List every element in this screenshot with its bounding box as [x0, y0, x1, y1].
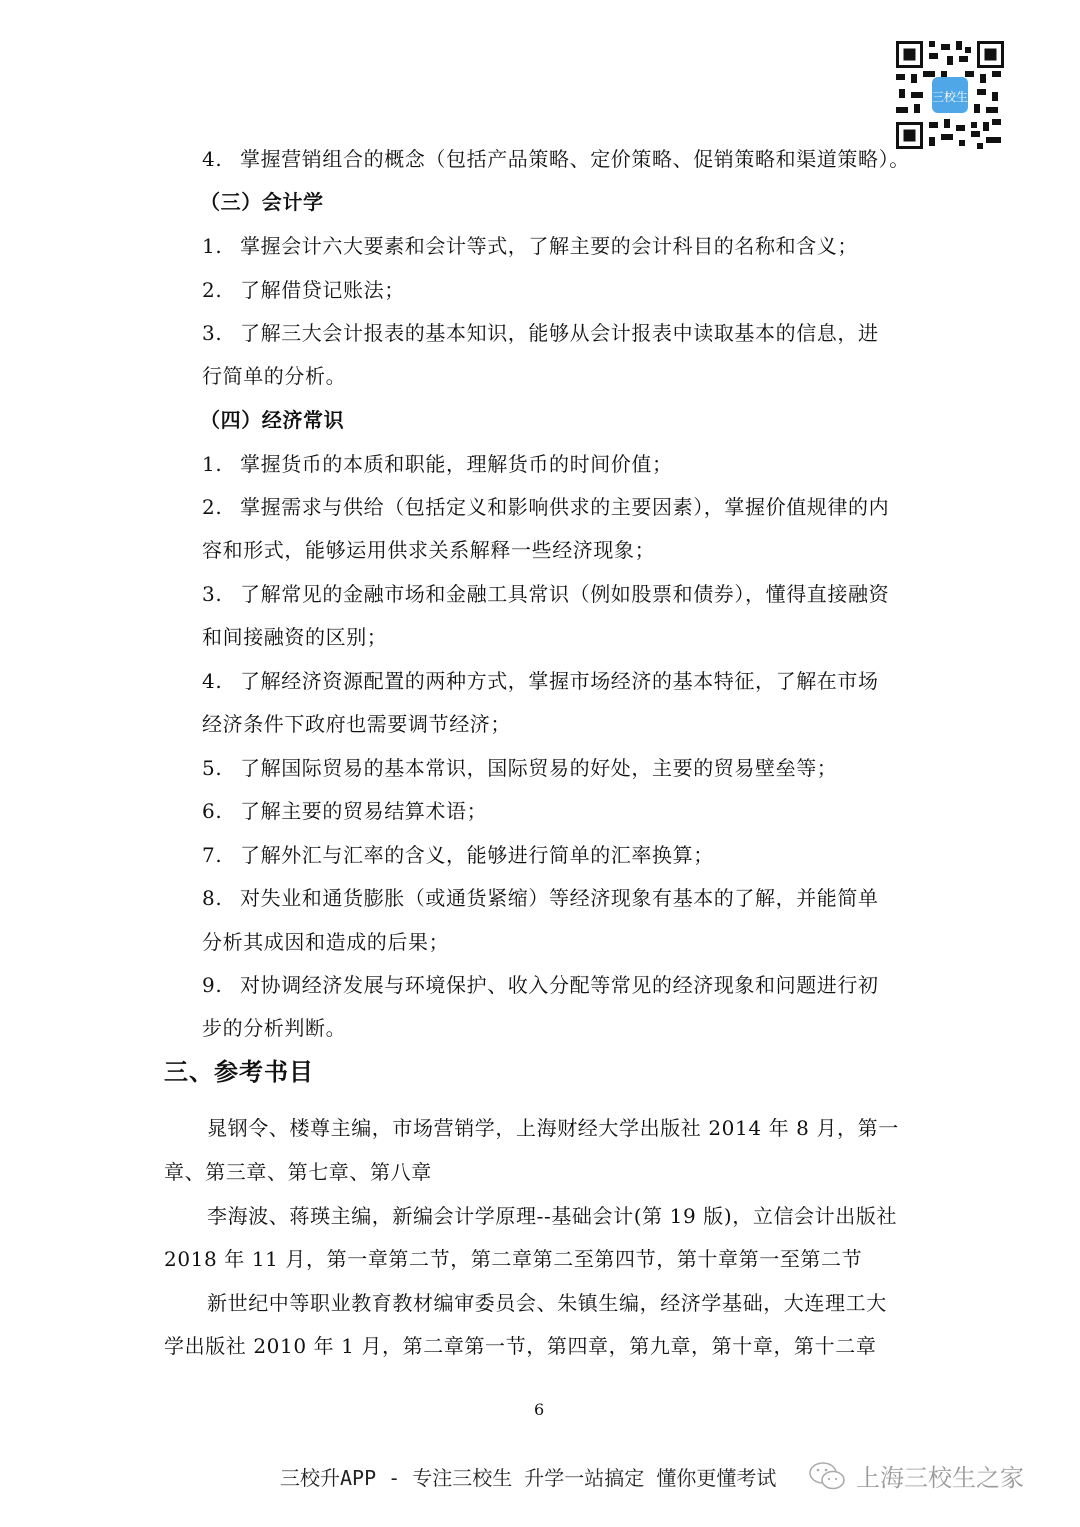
footer-slogan: 三校升APP - 专注三校生 升学一站搞定 懂你更懂考试	[280, 1462, 776, 1491]
list-item: 2.掌握需求与供给（包括定义和影响供求的主要因素），掌握价值规律的内	[202, 495, 889, 519]
list-item: 9.对协调经济发展与环境保护、收入分配等常见的经济现象和问题进行初	[202, 973, 879, 997]
wechat-icon	[808, 1460, 848, 1492]
list-item: 1.掌握货币的本质和职能，理解货币的时间价值；	[202, 452, 673, 476]
reference-item-continuation: 学出版社 2010 年 1 月，第二章第一节，第四章，第九章，第十章，第十二章	[164, 1334, 876, 1358]
list-item-continuation: 分析其成因和造成的后果；	[202, 930, 449, 954]
list-item: 1.掌握会计六大要素和会计等式，了解主要的会计科目的名称和含义；	[202, 234, 858, 258]
list-item: 2.了解借贷记账法；	[202, 278, 405, 302]
page-number: 6	[534, 1400, 544, 1419]
list-item-continuation: 步的分析判断。	[202, 1016, 346, 1040]
section-heading-economics: （四）经济常识	[200, 408, 344, 432]
list-item-continuation: 和间接融资的区别；	[202, 625, 387, 649]
list-item: 6.了解主要的贸易结算术语；	[202, 799, 487, 823]
reference-item: 晁钢令、楼尊主编，市场营销学，上海财经大学出版社 2014 年 8 月，第一	[207, 1116, 899, 1140]
reference-item: 新世纪中等职业教育教材编审委员会、朱镇生编，经济学基础，大连理工大	[207, 1291, 887, 1315]
qr-code: 三校生	[893, 38, 1007, 152]
marketing-item-4: 4.掌握营销组合的概念（包括产品策略、定价策略、促销策略和渠道策略）。	[202, 147, 910, 171]
list-item: 8.对失业和通货膨胀（或通货紧缩）等经济现象有基本的了解，并能简单	[202, 886, 879, 910]
reference-item-continuation: 2018 年 11 月，第一章第二节，第二章第二至第四节，第十章第一至第二节	[164, 1247, 862, 1271]
qr-code-icon: 三校生	[893, 38, 1007, 152]
list-item: 5.了解国际贸易的基本常识，国际贸易的好处，主要的贸易壁垒等；	[202, 756, 837, 780]
list-item: 3.了解常见的金融市场和金融工具常识（例如股票和债券），懂得直接融资	[202, 582, 889, 606]
reference-item-continuation: 章、第三章、第七章、第八章	[164, 1160, 432, 1184]
section-heading-references: 三、参考书目	[164, 1060, 314, 1084]
list-item-continuation: 容和形式，能够运用供求关系解释一些经济现象；	[202, 538, 655, 562]
list-item: 7.了解外汇与汇率的含义，能够进行简单的汇率换算；	[202, 843, 714, 867]
list-item-continuation: 经济条件下政府也需要调节经济；	[202, 712, 511, 736]
list-item: 3.了解三大会计报表的基本知识，能够从会计报表中读取基本的信息，进	[202, 321, 879, 345]
watermark-text: 上海三校生之家	[856, 1458, 1024, 1493]
svg-text:三校生: 三校生	[932, 89, 968, 104]
wechat-watermark: 上海三校生之家	[808, 1458, 1024, 1493]
section-heading-accounting: （三）会计学	[200, 190, 324, 214]
list-item: 4.了解经济资源配置的两种方式，掌握市场经济的基本特征，了解在市场	[202, 669, 879, 693]
list-item-continuation: 行简单的分析。	[202, 364, 346, 388]
reference-item: 李海波、蒋瑛主编，新编会计学原理--基础会计(第 19 版)，立信会计出版社	[207, 1204, 897, 1228]
